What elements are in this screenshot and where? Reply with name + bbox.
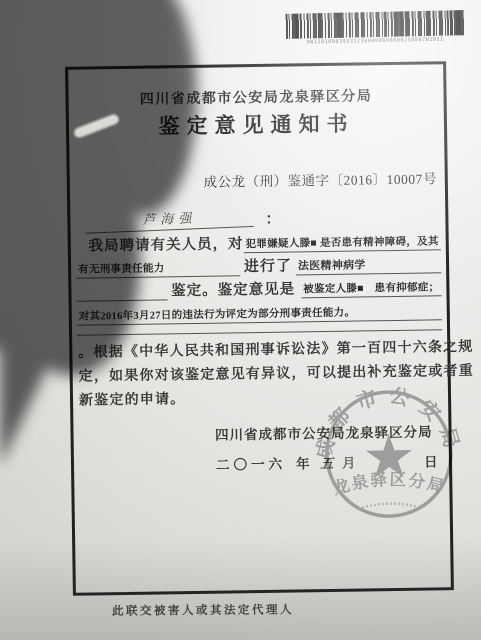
filled-subject: 犯罪嫌疑人滕■ 是否患有精神障碍，及其 <box>243 233 440 253</box>
document-border-frame: 四川省成都市公安局龙泉驿区分局 鉴定意见通知书 成公龙（刑）鉴通字〔2016〕1… <box>65 61 454 596</box>
blank-underline <box>167 271 240 277</box>
recipient-colon: ： <box>265 208 280 229</box>
stamp-icon: ★ 成都市公安局 龙泉驿区分局 <box>315 380 463 528</box>
filled-opinion-1: 被鉴定人滕■ 患有抑郁症； <box>301 279 441 298</box>
recipient-name-handwritten: 芦海强 <box>85 205 254 234</box>
document-body: 四川省成都市公安局龙泉驿区分局 鉴定意见通知书 成公龙（刑）鉴通字〔2016〕1… <box>68 64 451 593</box>
blank-underline <box>368 268 441 274</box>
stamp-serial-dots <box>359 503 421 508</box>
barcode-icon <box>286 10 464 39</box>
filled-method: 法医精神病学 <box>296 256 368 275</box>
body-line-1: 我局聘请有关人员，对 犯罪嫌疑人滕■ 是否患有精神障碍，及其 <box>76 230 441 255</box>
issuing-org-header: 四川省成都市公安局龙泉驿区分局 <box>68 84 443 110</box>
document-number: 成公龙（刑）鉴通字〔2016〕10007号 <box>203 167 437 190</box>
body-line-2: 有无刑事责任能力 进行了 法医精神病学 <box>76 253 441 278</box>
barcode-sticker: VW1201600393312360000000000250807W2821 <box>286 10 467 52</box>
legal-note-line-1: 。根据《中华人民共和国刑事诉讼法》第一百四十六条之规 <box>78 336 440 361</box>
blank-underline <box>77 295 168 301</box>
document-title: 鉴定意见通知书 <box>69 106 444 142</box>
recipient-line: 芦海强 ： <box>75 204 440 231</box>
body-line-3: 鉴定。鉴定意见是 被鉴定人滕■ 患有抑郁症； <box>76 276 441 301</box>
printed-text-opinion: 鉴定。鉴定意见是 <box>171 277 295 300</box>
footer-copy-note: 此联交被害人或其法定代理人 <box>112 601 294 619</box>
filled-subject-continued: 有无刑事责任能力 <box>76 260 167 278</box>
date-year: 二〇一六 <box>216 453 286 474</box>
date-year-label: 年 <box>296 452 310 472</box>
blank-underline <box>77 325 442 335</box>
printed-text-open: 我局聘请有关人员，对 <box>88 232 243 255</box>
official-seal-stamp: ★ 成都市公安局 龙泉驿区分局 <box>315 380 463 528</box>
printed-text-mid: 进行了 <box>244 255 292 277</box>
